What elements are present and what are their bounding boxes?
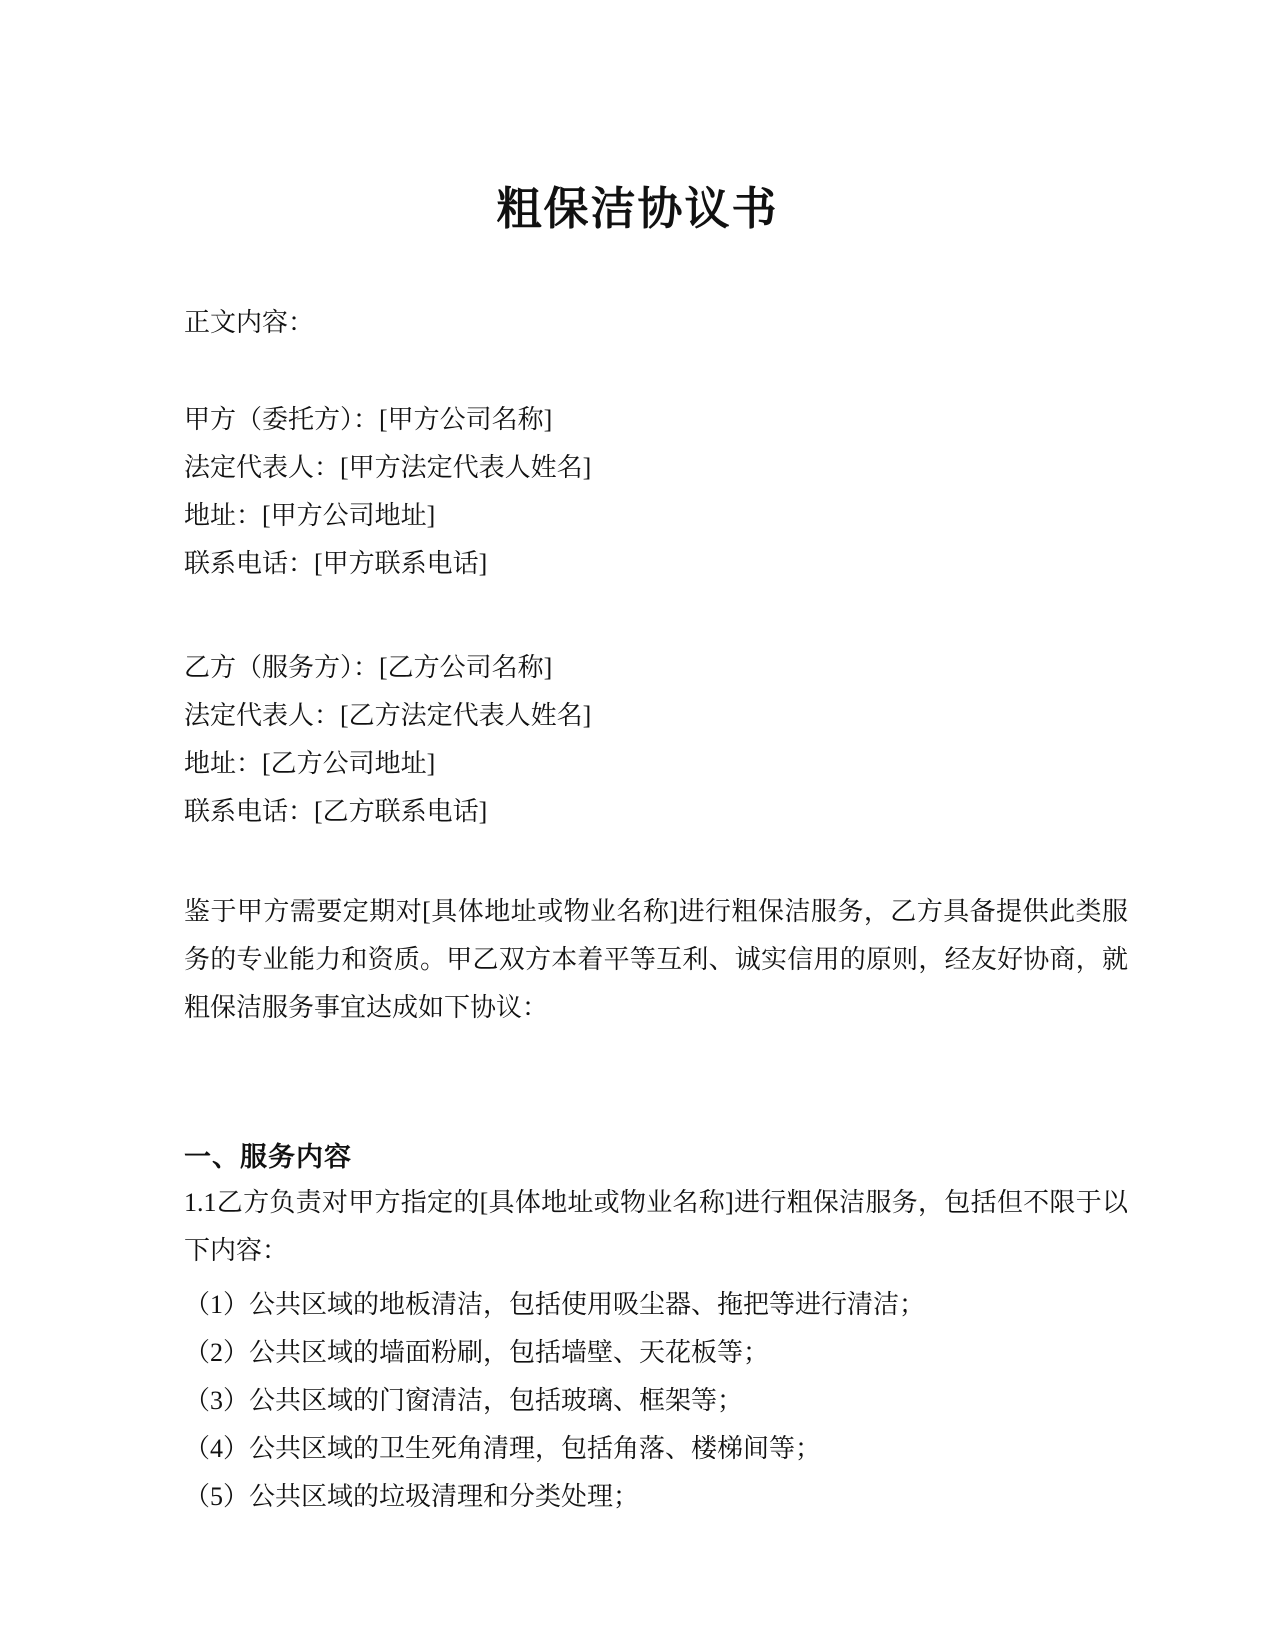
party-a-phone-line: 联系电话：[甲方联系电话] (184, 540, 1128, 588)
service-item-3: （3）公共区域的门窗清洁，包括玻璃、框架等； (184, 1377, 1128, 1425)
service-items-list: （1）公共区域的地板清洁，包括使用吸尘器、拖把等进行清洁； （2）公共区域的墙面… (184, 1281, 1128, 1521)
party-a-legal-rep-line: 法定代表人：[甲方法定代表人姓名] (184, 444, 1128, 492)
document-title: 粗保洁协议书 (0, 179, 1275, 239)
document-body: 正文内容： 甲方（委托方）：[甲方公司名称] 法定代表人：[甲方法定代表人姓名]… (184, 239, 1128, 1521)
party-a-block: 甲方（委托方）：[甲方公司名称] 法定代表人：[甲方法定代表人姓名] 地址：[甲… (184, 396, 1128, 588)
preamble-paragraph: 鉴于甲方需要定期对[具体地址或物业名称]进行粗保洁服务，乙方具备提供此类服务的专… (184, 888, 1128, 1032)
service-item-2: （2）公共区域的墙面粉刷，包括墙壁、天花板等； (184, 1329, 1128, 1377)
service-item-1: （1）公共区域的地板清洁，包括使用吸尘器、拖把等进行清洁； (184, 1281, 1128, 1329)
service-item-5: （5）公共区域的垃圾清理和分类处理； (184, 1473, 1128, 1521)
party-a-address-line: 地址：[甲方公司地址] (184, 492, 1128, 540)
party-b-name-line: 乙方（服务方）：[乙方公司名称] (184, 644, 1128, 692)
document-page: 粗保洁协议书 正文内容： 甲方（委托方）：[甲方公司名称] 法定代表人：[甲方法… (0, 0, 1275, 1650)
section-1-heading: 一、服务内容 (184, 1137, 1128, 1177)
party-b-legal-rep-line: 法定代表人：[乙方法定代表人姓名] (184, 692, 1128, 740)
party-b-block: 乙方（服务方）：[乙方公司名称] 法定代表人：[乙方法定代表人姓名] 地址：[乙… (184, 644, 1128, 836)
intro-label: 正文内容： (184, 299, 1128, 347)
party-b-address-line: 地址：[乙方公司地址] (184, 740, 1128, 788)
service-item-4: （4）公共区域的卫生死角清理，包括角落、楼梯间等； (184, 1425, 1128, 1473)
party-a-name-line: 甲方（委托方）：[甲方公司名称] (184, 396, 1128, 444)
clause-1-1: 1.1乙方负责对甲方指定的[具体地址或物业名称]进行粗保洁服务，包括但不限于以下… (184, 1179, 1128, 1275)
party-b-phone-line: 联系电话：[乙方联系电话] (184, 788, 1128, 836)
